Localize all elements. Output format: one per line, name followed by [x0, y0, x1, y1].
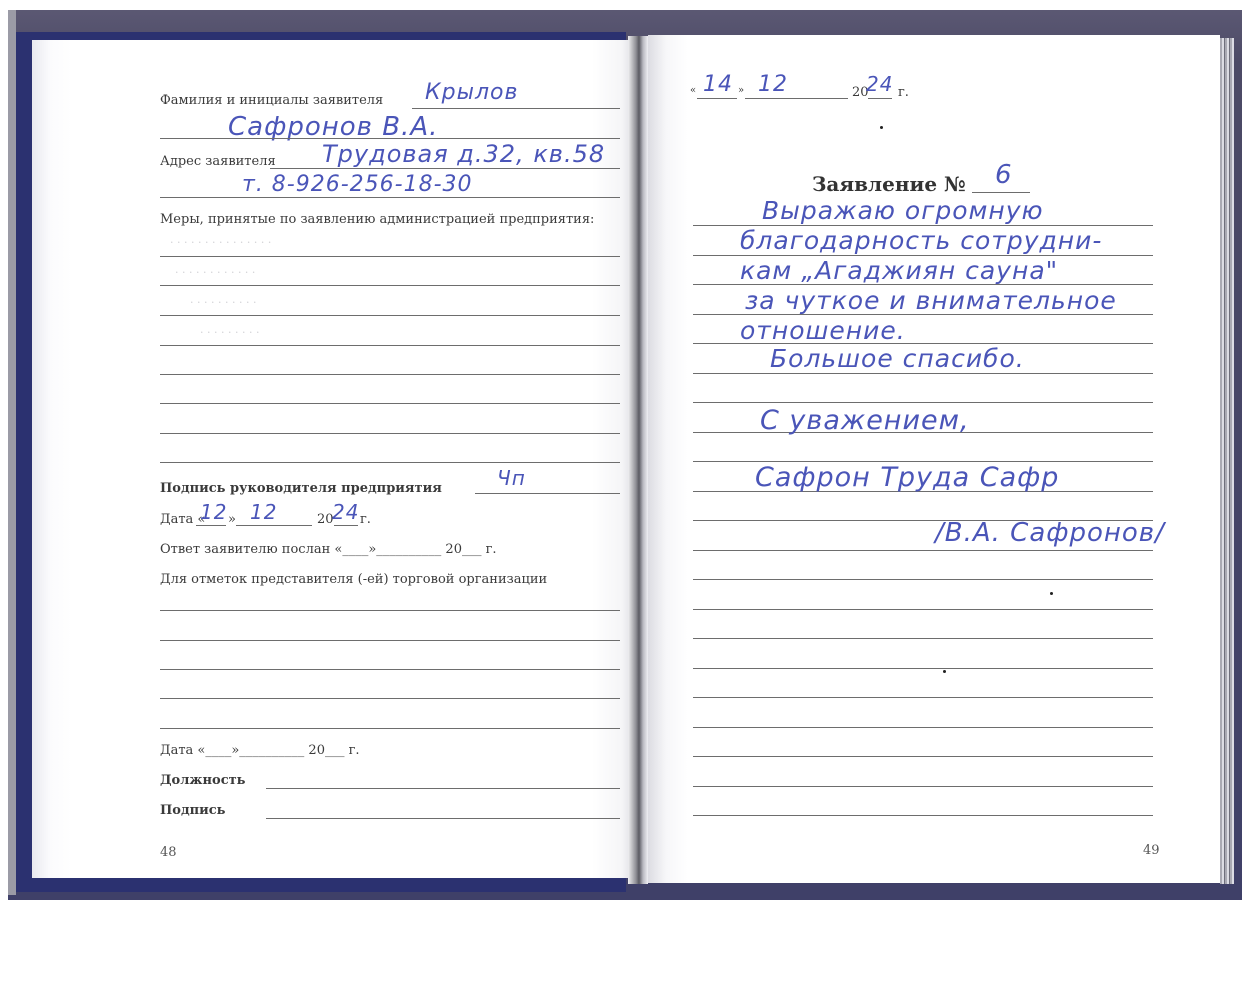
date-suffix: г. [360, 512, 371, 527]
signature-line [475, 493, 620, 494]
ink-dot [880, 126, 883, 129]
date-year-handwriting: 24 [332, 500, 359, 524]
ruled-line [693, 756, 1153, 757]
signature-line-2 [266, 818, 620, 819]
trade-org-label: Для отметок представителя (-ей) торговой… [160, 572, 547, 587]
date-month-line [236, 525, 312, 526]
applicant-name-label: Фамилия и инициалы заявителя [160, 93, 383, 108]
date-day-line [196, 525, 226, 526]
ruled-line [160, 315, 620, 316]
ruled-line [693, 579, 1153, 580]
ruled-line [693, 402, 1153, 403]
ruled-line [160, 610, 620, 611]
ruled-line [160, 462, 620, 463]
date-day-handwriting: 14 [703, 72, 733, 97]
date-year-handwriting: 24 [866, 72, 893, 96]
applicant-name-line [412, 108, 620, 109]
ruled-line [693, 373, 1153, 374]
signature-name-handwriting: /В.А. Сафронов/ [935, 518, 1165, 548]
ruled-line [160, 197, 620, 198]
date-month-line [745, 98, 848, 99]
date-close-quote: » [228, 512, 236, 527]
closing-handwriting: С уважением, [760, 405, 970, 436]
statement-body-line: кам „Агаджиян сауна" [740, 256, 1058, 285]
ruled-line [160, 698, 620, 699]
ruled-line [693, 727, 1153, 728]
date2-label: Дата «____»__________ 20___ г. [160, 743, 360, 758]
statement-body-line: за чуткое и внимательное [745, 286, 1117, 315]
date-month-handwriting: 12 [250, 500, 277, 524]
date-close-quote: » [738, 85, 744, 96]
reply-sent-label: Ответ заявителю послан «____»__________ … [160, 542, 497, 557]
ruled-line [693, 697, 1153, 698]
date-month-handwriting: 12 [758, 72, 788, 97]
ruled-line [160, 256, 620, 257]
date-year-line [334, 525, 358, 526]
statement-body-line: отношение. [740, 316, 906, 345]
address-label: Адрес заявителя [160, 154, 276, 169]
ink-dot [943, 670, 946, 673]
statement-body-line: Выражаю огромную [762, 196, 1044, 225]
statement-title: Заявление № [812, 172, 966, 196]
ruled-line [160, 374, 620, 375]
ruled-line [160, 345, 620, 346]
ruled-line [693, 550, 1153, 551]
ruled-line [160, 285, 620, 286]
address-handwriting: Трудовая д.32, кв.58 [322, 140, 605, 168]
date-day-handwriting: 12 [200, 500, 227, 524]
statement-body-line: благодарность сотрудни- [740, 226, 1102, 255]
ink-dot [1050, 592, 1053, 595]
notebook-spine [628, 36, 648, 884]
statement-body-line: Большое спасибо. [770, 344, 1025, 373]
signature-handwriting: Сафрон Труда Сафр [755, 462, 1059, 493]
ruled-line [693, 668, 1153, 669]
date-year-line [868, 98, 892, 99]
measures-label: Меры, принятые по заявлению администраци… [160, 212, 594, 227]
ruled-line [693, 815, 1153, 816]
ruled-line [693, 609, 1153, 610]
ruled-line [160, 433, 620, 434]
page-number-left: 48 [160, 845, 177, 860]
cover-edge [8, 10, 16, 895]
ruled-line [160, 138, 620, 139]
ruled-line [160, 728, 620, 729]
ruled-line [160, 403, 620, 404]
ruled-line [693, 638, 1153, 639]
position-label: Должность [160, 773, 246, 788]
position-line [266, 788, 620, 789]
statement-number-line [972, 192, 1030, 193]
date-suffix: г. [898, 85, 909, 100]
page-stack-edge [1220, 38, 1234, 884]
date-open-quote: « [690, 85, 696, 96]
manager-signature-handwriting: Чп [497, 466, 526, 490]
signature-label: Подпись [160, 803, 226, 818]
ruled-line [160, 669, 620, 670]
statement-number-handwriting: 6 [995, 160, 1013, 190]
ruled-line [270, 168, 620, 169]
page-number-right: 49 [1143, 843, 1160, 858]
address-handwriting-2: т. 8-926-256-18-30 [242, 172, 473, 197]
ruled-line [693, 786, 1153, 787]
applicant-name-handwriting: Крылов [425, 80, 518, 105]
date-day-line [697, 98, 737, 99]
ruled-line [160, 640, 620, 641]
manager-signature-label: Подпись руководителя предприятия [160, 481, 442, 496]
